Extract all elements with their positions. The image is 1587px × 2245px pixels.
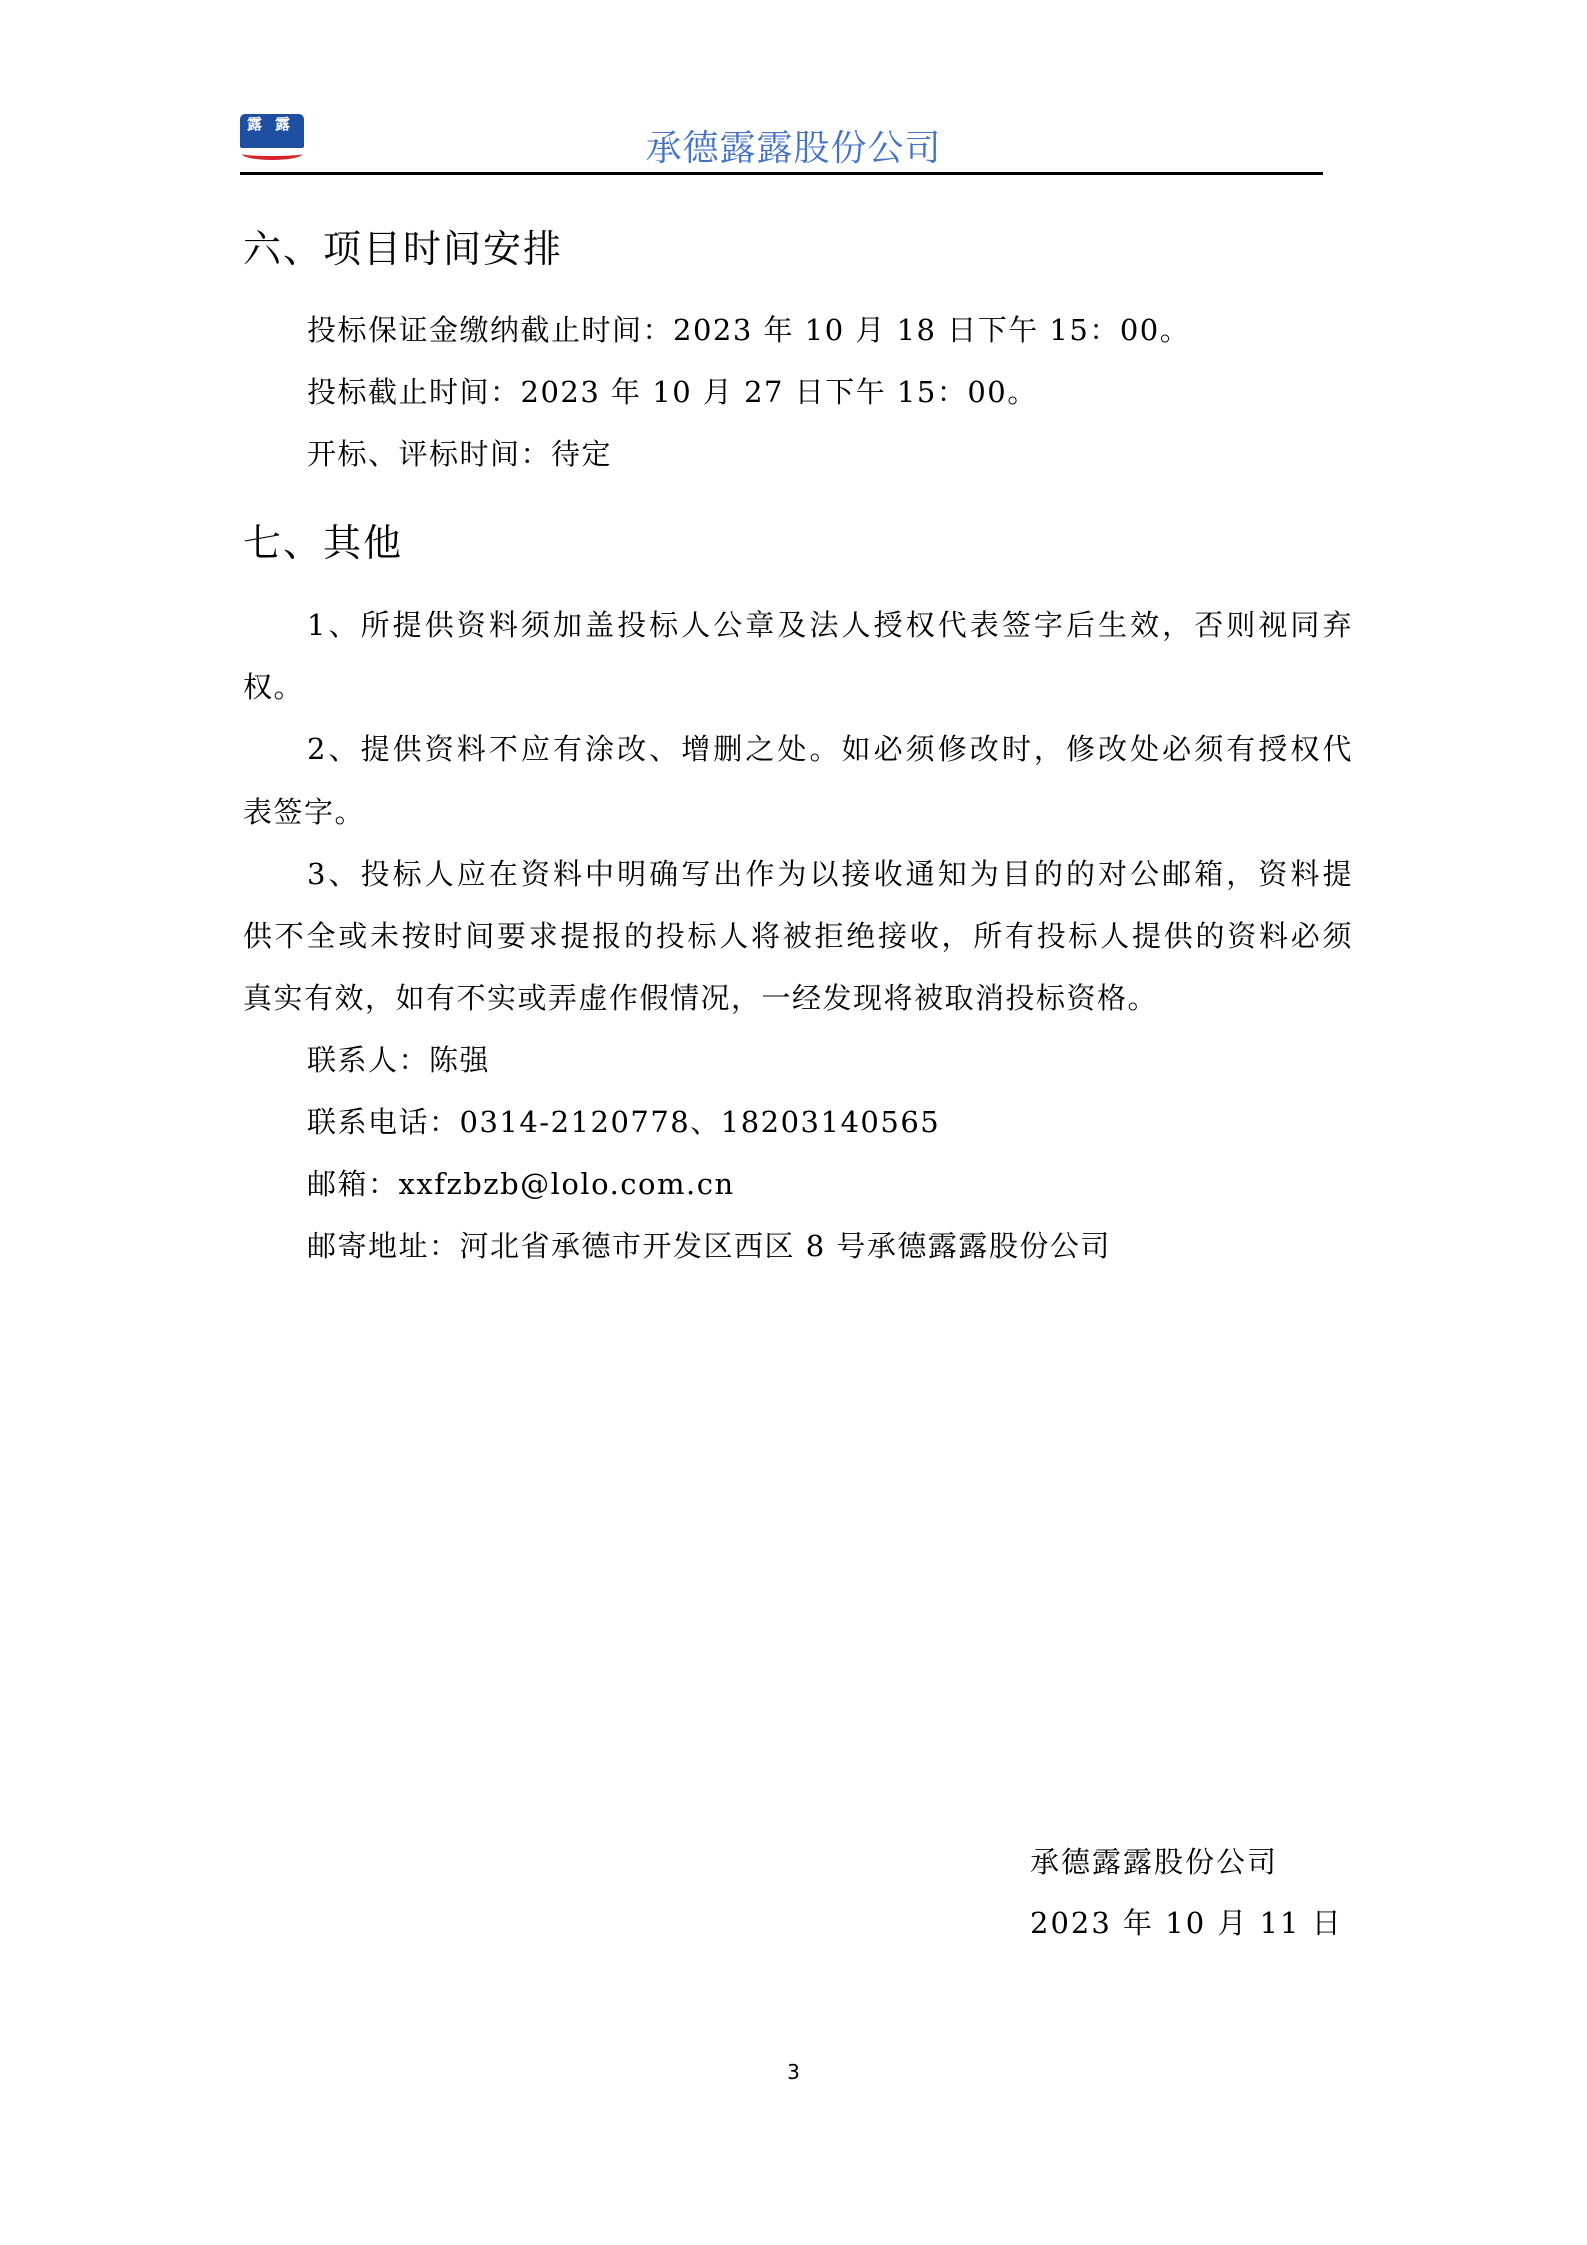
clause-1-line-1: 1、所提供资料须加盖投标人公章及法人授权代表签字后生效，否则视同弃 xyxy=(307,608,1353,642)
bid-deadline: 投标截止时间：2023 年 10 月 27 日下午 15：00。 xyxy=(307,375,1038,409)
clause-3-line-3: 真实有效，如有不实或弄虚作假情况，一经发现将被取消投标资格。 xyxy=(243,981,1158,1015)
header-divider xyxy=(240,172,1323,175)
deposit-deadline: 投标保证金缴纳截止时间：2023 年 10 月 18 日下午 15：00。 xyxy=(307,313,1190,347)
clause-2-line-2: 表签字。 xyxy=(243,795,365,829)
mailing-address: 邮寄地址：河北省承德市开发区西区 8 号承德露露股份公司 xyxy=(307,1229,1111,1263)
clause-1-line-2: 权。 xyxy=(243,670,304,704)
section-heading-schedule: 六、项目时间安排 xyxy=(243,218,563,273)
section-heading-other: 七、其他 xyxy=(243,512,403,567)
signature-company: 承德露露股份公司 xyxy=(1030,1840,1278,1881)
document-page: 露 露 承德露露股份公司 六、项目时间安排 投标保证金缴纳截止时间：2023 年… xyxy=(0,0,1587,2245)
contact-phone: 联系电话：0314-2120778、18203140565 xyxy=(307,1105,940,1139)
page-number: 3 xyxy=(0,2060,1587,2084)
clause-3-line-2: 供不全或未按时间要求提报的投标人将被拒绝接收，所有投标人提供的资料必须 xyxy=(243,919,1353,953)
company-header-title: 承德露露股份公司 xyxy=(0,120,1587,171)
signature-date: 2023 年 10 月 11 日 xyxy=(1030,1901,1343,1942)
contact-email: 邮箱：xxfzbzb@lolo.com.cn xyxy=(307,1167,735,1201)
contact-person: 联系人：陈强 xyxy=(307,1043,490,1077)
clause-3-line-1: 3、投标人应在资料中明确写出作为以接收通知为目的的对公邮箱，资料提 xyxy=(307,857,1353,891)
opening-time: 开标、评标时间：待定 xyxy=(307,437,612,471)
clause-2-line-1: 2、提供资料不应有涂改、增删之处。如必须修改时，修改处必须有授权代 xyxy=(307,732,1353,766)
